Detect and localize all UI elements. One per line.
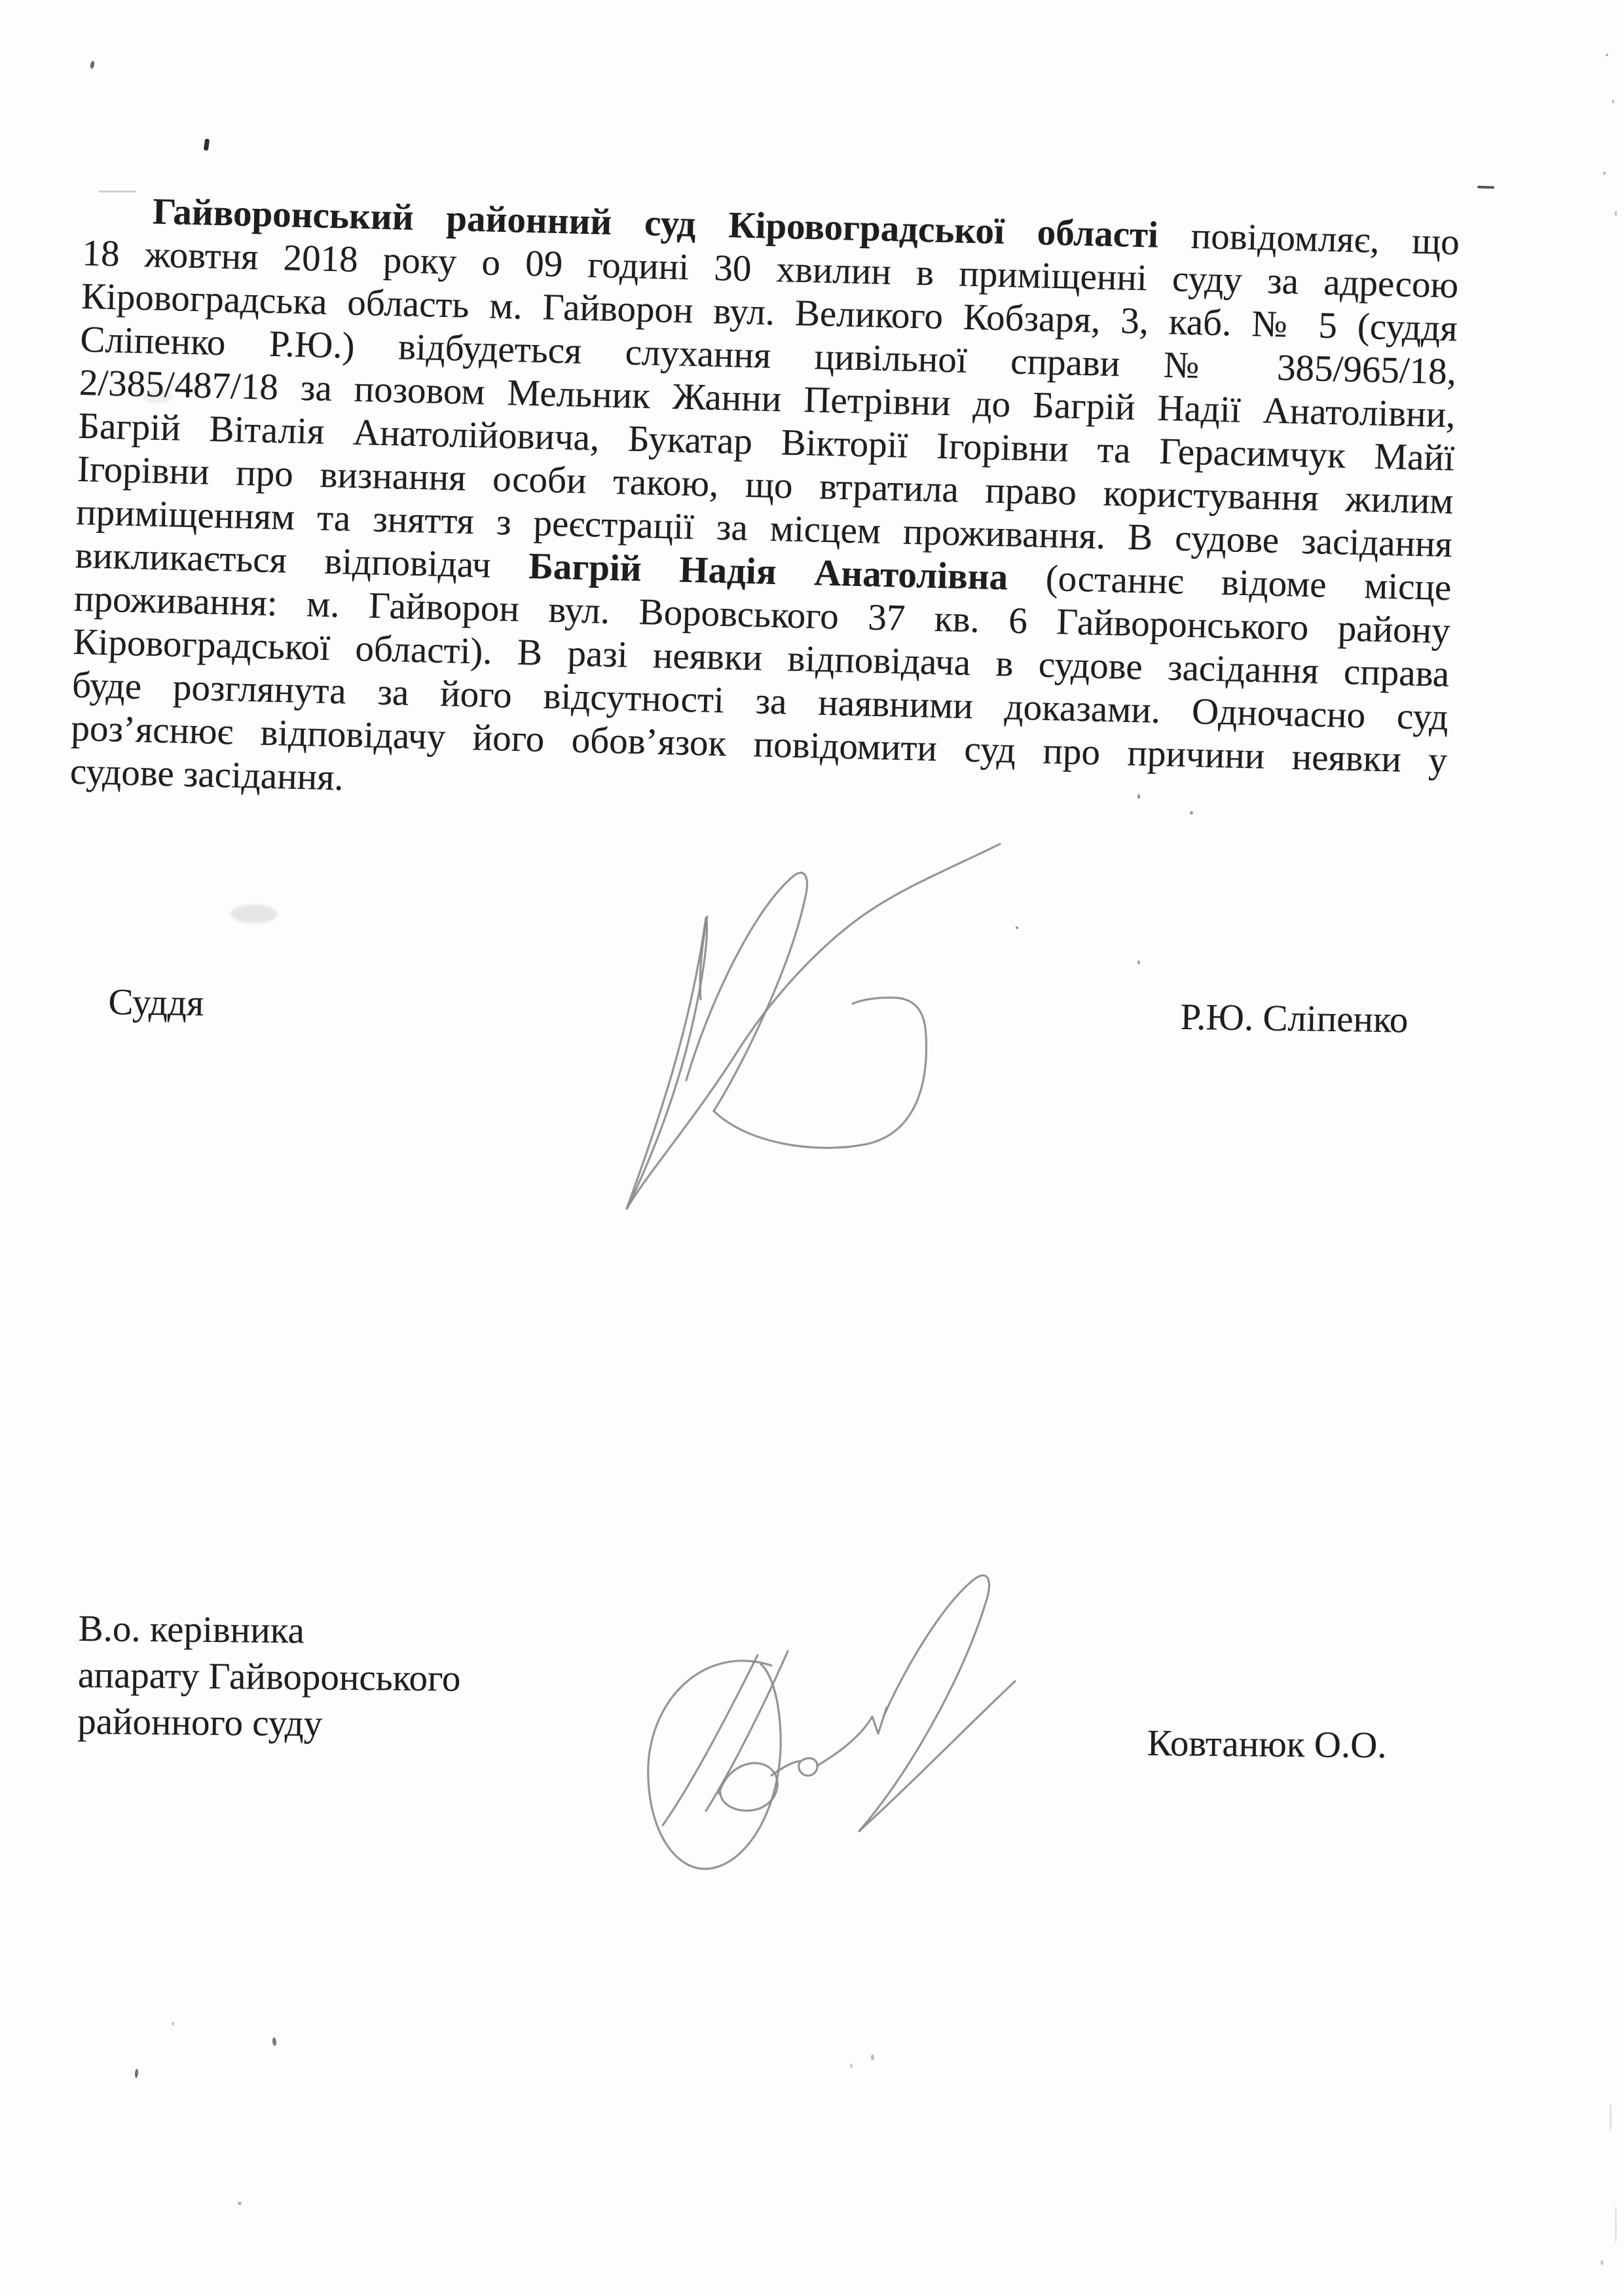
line-text: повідомляє, що: [1158, 215, 1460, 263]
judge-title-label: Суддя: [108, 981, 204, 1025]
scan-speck: [134, 2069, 138, 2078]
signature-stroke: [663, 1655, 758, 1825]
scanned-court-notice-page: Гайворонський районний суд Кіровоградськ…: [0, 0, 1624, 2296]
signature-stroke: [719, 1763, 777, 1811]
clerk-title-line-1: В.о. керівника: [78, 1605, 616, 1657]
scan-speck: [1600, 2260, 1604, 2265]
clerk-title-block: В.о. керівника апарату Гайворонського ра…: [77, 1605, 616, 1750]
judge-signature-row: Суддя Р.Ю. Сліпенко: [108, 981, 1409, 1042]
scan-speck: [1606, 54, 1608, 56]
clerk-name: Ковтанюк О.О.: [1147, 1722, 1387, 1768]
scan-speck: [871, 2054, 874, 2060]
scan-speck: [98, 191, 136, 192]
scan-speck: [90, 61, 95, 69]
notice-paragraph: Гайворонський районний суд Кіровоградськ…: [69, 189, 1460, 826]
clerk-signature: [648, 1575, 1015, 1868]
signature-stroke: [627, 918, 707, 1209]
scan-speck: [1477, 186, 1494, 189]
clerk-title-line-3: районного суду: [77, 1698, 615, 1750]
signature-stroke: [859, 1575, 989, 1831]
scan-speck: [1612, 100, 1614, 103]
scan-speck: [1615, 2205, 1617, 2244]
signature-stroke: [817, 1707, 887, 1766]
scan-speck: [1016, 926, 1018, 929]
scan-speck: [172, 2022, 174, 2026]
scan-speck: [1137, 794, 1140, 799]
judge-name: Р.Ю. Сліпенко: [1180, 996, 1409, 1042]
scan-smudge: [231, 905, 278, 923]
scan-speck: [272, 2037, 276, 2047]
scan-speck: [1615, 211, 1617, 216]
scan-speck: [1190, 811, 1193, 814]
signature-stroke: [859, 1681, 1015, 1831]
signature-stroke: [771, 1758, 817, 1776]
scan-smudge: [143, 390, 173, 403]
scan-speck: [850, 2064, 853, 2068]
scan-speck: [238, 2202, 242, 2205]
signature-stroke: [706, 1651, 788, 1811]
scan-speck: [1610, 2103, 1612, 2132]
signature-stroke: [648, 1661, 781, 1869]
clerk-title-line-2: апарату Гайворонського: [78, 1652, 616, 1704]
scan-speck: [204, 139, 210, 151]
scan-speck: [1603, 172, 1606, 175]
scan-speck: [1137, 960, 1140, 964]
signature-stroke: [700, 917, 707, 999]
